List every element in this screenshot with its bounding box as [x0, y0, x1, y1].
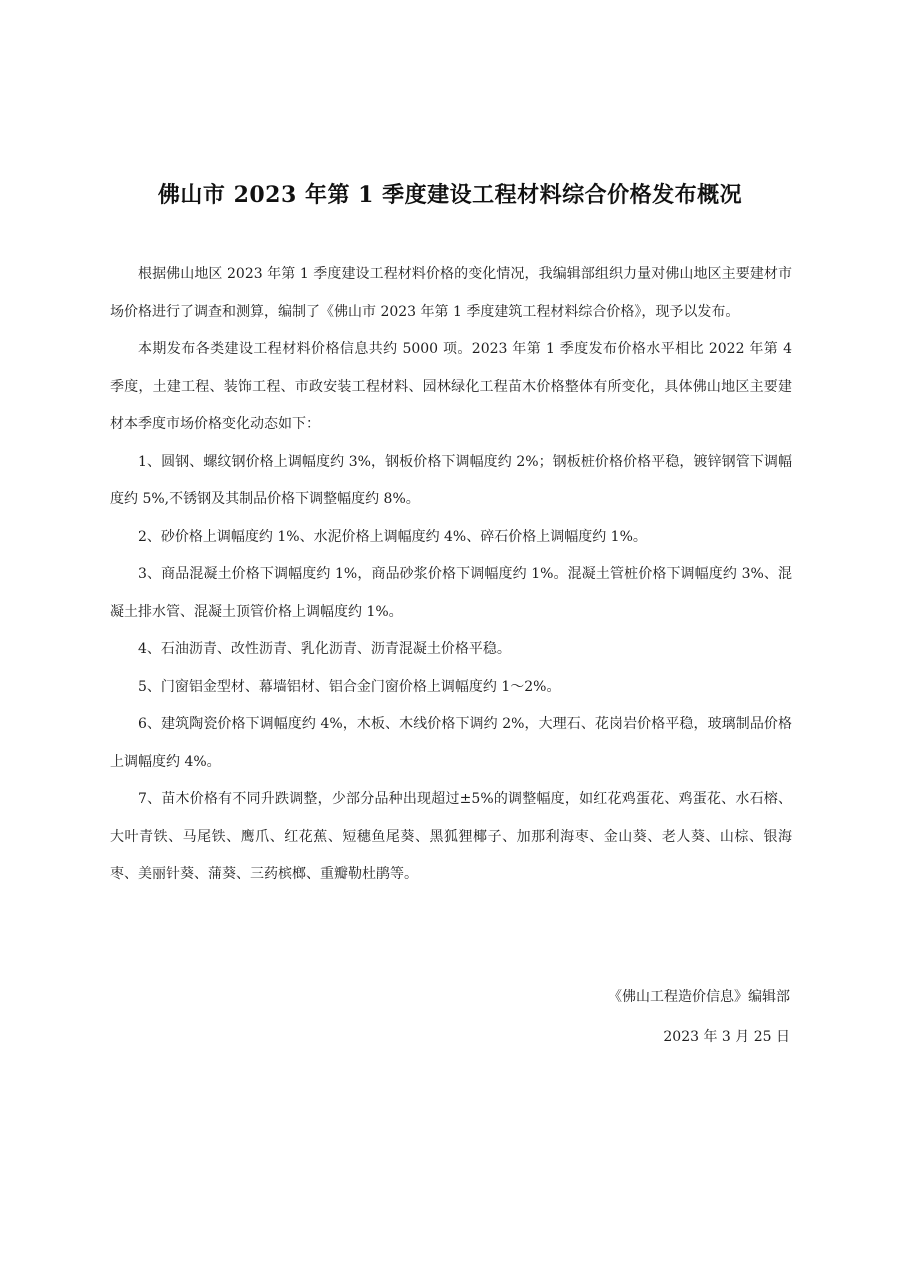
document-page: 佛山市 2023 年第 1 季度建设工程材料综合价格发布概况 根据佛山地区 20… — [0, 0, 900, 1273]
signature-publisher: 《佛山工程造价信息》编辑部 — [608, 986, 790, 1006]
paragraph-item-2-sand-cement: 2、砂价格上调幅度约 1%、水泥价格上调幅度约 4%、碎石价格上调幅度约 1%。 — [110, 519, 792, 557]
paragraph-item-5-aluminum: 5、门窗铝金型材、幕墙铝材、铝合金门窗价格上调幅度约 1～2%。 — [110, 669, 792, 707]
paragraph-item-1-steel: 1、圆钢、螺纹钢价格上调幅度约 3%，钢板价格下调幅度约 2%；钢板桩价格价格平… — [110, 444, 792, 519]
paragraph-item-6-ceramics: 6、建筑陶瓷价格下调幅度约 4%，木板、木线价格下调约 2%，大理石、花岗岩价格… — [110, 706, 792, 781]
paragraph-item-4-asphalt: 4、石油沥青、改性沥青、乳化沥青、沥青混凝土价格平稳。 — [110, 631, 792, 669]
document-title: 佛山市 2023 年第 1 季度建设工程材料综合价格发布概况 — [0, 178, 900, 209]
paragraph-item-3-concrete: 3、商品混凝土价格下调幅度约 1%，商品砂浆价格下调幅度约 1%。混凝土管桩价格… — [110, 556, 792, 631]
paragraph-overview: 本期发布各类建设工程材料价格信息共约 5000 项。2023 年第 1 季度发布… — [110, 331, 792, 444]
paragraph-item-7-nursery: 7、苗木价格有不同升跌调整，少部分品种出现超过±5%的调整幅度，如红花鸡蛋花、鸡… — [110, 781, 792, 894]
signature-date: 2023 年 3 月 25 日 — [663, 1026, 790, 1046]
document-body: 根据佛山地区 2023 年第 1 季度建设工程材料价格的变化情况，我编辑部组织力… — [110, 256, 792, 894]
paragraph-intro: 根据佛山地区 2023 年第 1 季度建设工程材料价格的变化情况，我编辑部组织力… — [110, 256, 792, 331]
